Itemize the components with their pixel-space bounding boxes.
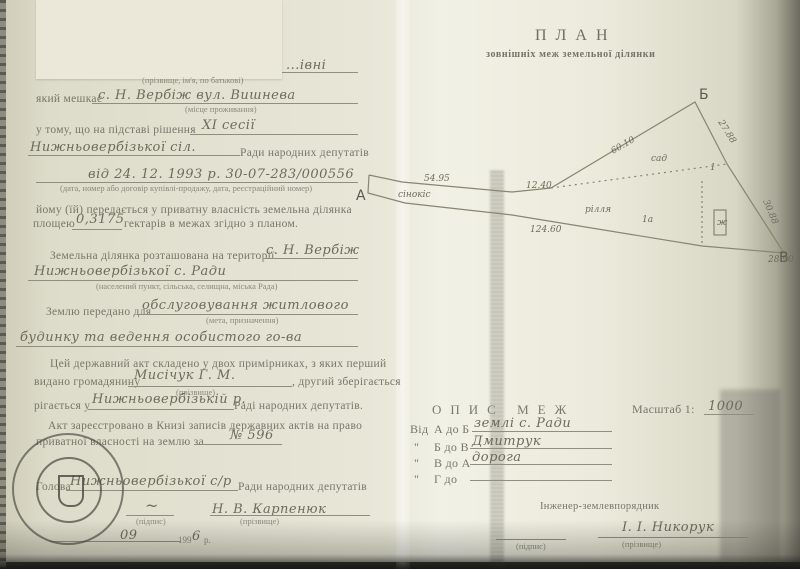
svg-text:60.10: 60.10 — [610, 135, 638, 157]
scale-line — [704, 414, 754, 415]
boundary-prefix: Від — [410, 422, 428, 437]
boundary-label: А до Б — [434, 422, 469, 437]
scale-label: Масштаб 1: — [632, 402, 695, 417]
engineer-label: Інженер-землевпорядник — [540, 501, 659, 512]
boundary-prefix: " — [414, 440, 419, 455]
svg-text:1а: 1а — [642, 215, 653, 225]
photo-shadow — [0, 520, 800, 569]
svg-text:124.60: 124.60 — [530, 225, 562, 235]
svg-text:12.40: 12.40 — [526, 181, 552, 191]
svg-text:сінокіс: сінокіс — [398, 190, 431, 200]
scale-value: 1000 — [708, 399, 743, 414]
svg-text:ж: ж — [717, 218, 728, 228]
boundary-label: В до А — [434, 456, 471, 471]
svg-text:54.95: 54.95 — [424, 174, 450, 184]
svg-text:рілля: рілля — [585, 205, 611, 215]
boundary-value: Дмитрук — [472, 434, 541, 449]
boundary-line — [470, 464, 612, 465]
vertex-a: А — [356, 188, 366, 204]
svg-text:30.88: 30.88 — [760, 198, 779, 226]
boundary-line — [472, 431, 612, 432]
boundary-line — [470, 448, 612, 449]
boundary-value: землі с. Ради — [474, 416, 571, 431]
boundary-line — [470, 480, 612, 481]
svg-text:1: 1 — [710, 163, 716, 173]
vertex-b: Б — [699, 87, 709, 103]
boundary-prefix: " — [414, 472, 419, 487]
boundary-value: дорога — [472, 450, 522, 465]
svg-text:27.88: 27.88 — [715, 117, 738, 145]
svg-text:сад: сад — [651, 154, 667, 164]
svg-text:28.90: 28.90 — [767, 255, 794, 265]
boundary-label: Г до — [434, 472, 457, 487]
boundary-label: Б до В — [434, 440, 469, 455]
plot-plan-diagram: А Б В 54.95 12.40 60.10 27.88 30.88 28.9… — [0, 0, 800, 569]
boundary-prefix: " — [414, 456, 419, 471]
